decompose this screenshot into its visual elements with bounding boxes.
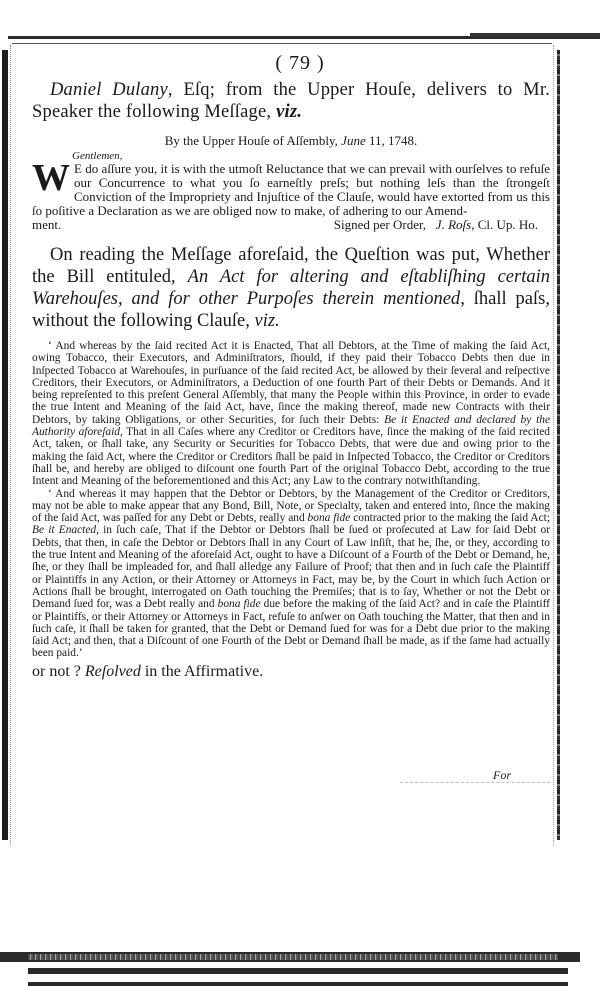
page-border-left	[2, 50, 8, 840]
heading-viz: viz.	[276, 102, 302, 122]
clause-2-bona-fide-1: bona fide	[308, 512, 351, 524]
catchword: For	[493, 768, 511, 783]
resolution-viz: viz.	[255, 311, 280, 331]
message-header-date: 11, 1748.	[366, 133, 418, 148]
conclusion-before: or not ?	[32, 663, 85, 680]
page-border-bottom-band	[28, 954, 558, 960]
document-page: ( 79 ) Daniel Dulany, Eſq; from the Uppe…	[32, 52, 550, 682]
page-border-bottom-3	[28, 982, 568, 986]
message-header-prefix: By the Upper Houſe of Aſſembly,	[165, 133, 341, 148]
conclusion: or not ? Reſolved in the Affirmative.	[32, 662, 550, 682]
page-number: ( 79 )	[32, 52, 550, 75]
page-border-right	[557, 50, 560, 840]
page-border-bottom-2	[28, 968, 568, 974]
signature: Signed per Order, J. Roſs, Cl. Up. Ho.	[334, 218, 550, 232]
heading-name: Daniel Dulany	[50, 80, 168, 100]
page-border-left-speckle	[10, 45, 17, 845]
conclusion-resolved: Reſolved	[85, 663, 141, 680]
page-border-inner-top	[12, 43, 552, 44]
clause-2-enacting: Be it Enacted,	[32, 524, 99, 536]
resolution-question: On reading the Meſſage aforeſaid, the Qu…	[32, 244, 550, 332]
message-body-end: ment.	[32, 218, 61, 232]
signature-name: J. Roſs	[436, 217, 471, 232]
clause-2: ‘ And whereas it may happen that the Deb…	[32, 488, 550, 660]
clause-2-bona-fide-2: bona fide	[218, 598, 261, 610]
signature-suffix: , Cl. Up. Ho.	[471, 217, 538, 232]
signature-line: ment. Signed per Order, J. Roſs, Cl. Up.…	[32, 218, 550, 232]
catchword-rule	[400, 782, 550, 783]
message-text: E do aſſure you, it is with the utmoſt R…	[32, 161, 550, 218]
drop-cap: W	[32, 163, 70, 193]
message-header: By the Upper Houſe of Aſſembly, June 11,…	[32, 133, 550, 149]
page-border-top-right	[470, 33, 600, 37]
conclusion-after: in the Affirmative.	[141, 663, 263, 680]
message-body: WE do aſſure you, it is with the utmoſt …	[32, 162, 550, 218]
heading: Daniel Dulany, Eſq; from the Upper Houſe…	[32, 79, 550, 123]
page-border-right-speckle	[553, 45, 556, 845]
message-header-month: June	[341, 133, 366, 148]
clause-2-part2: contracted prior to the making the ſaid …	[350, 512, 550, 524]
clause-1: ‘ And whereas by the ſaid recited Act it…	[32, 340, 550, 488]
signature-prefix: Signed per Order,	[334, 217, 426, 232]
